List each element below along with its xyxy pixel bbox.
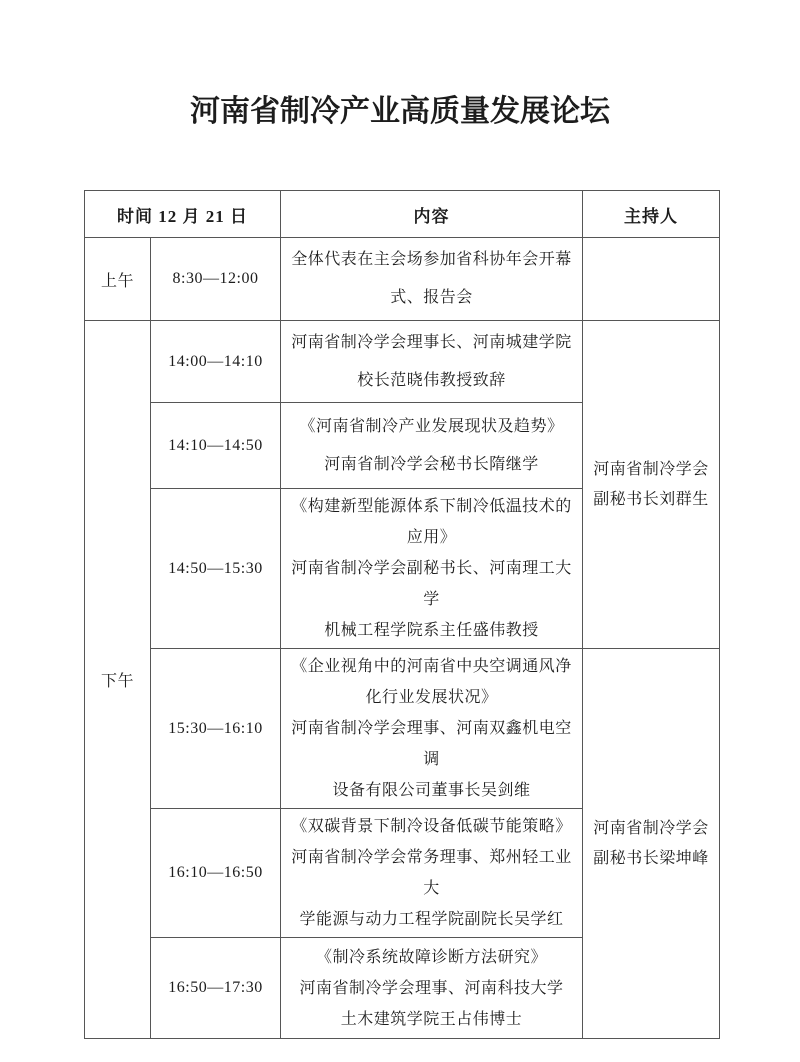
host-line: 副秘书长刘群生 <box>587 485 715 515</box>
host-cell-second: 河南省制冷学会 副秘书长梁坤峰 <box>583 649 720 1039</box>
content-line: 设备有限公司董事长吴剑维 <box>285 775 578 806</box>
content-cell: 河南省制冷学会理事长、河南城建学院 校长范晓伟教授致辞 <box>281 321 583 403</box>
content-line: 《双碳背景下制冷设备低碳节能策略》 <box>285 811 578 842</box>
content-line: 河南省制冷学会副秘书长、河南理工大学 <box>285 553 578 615</box>
content-line: 河南省制冷学会理事、河南科技大学 <box>285 973 578 1004</box>
content-cell: 《制冷系统故障诊断方法研究》 河南省制冷学会理事、河南科技大学 土木建筑学院王占… <box>281 938 583 1039</box>
host-line: 副秘书长梁坤峰 <box>587 844 715 874</box>
header-time-cell: 时间 12 月 21 日 <box>85 191 281 238</box>
content-line: 学能源与动力工程学院副院长吴学红 <box>285 904 578 935</box>
content-line: 土木建筑学院王占伟博士 <box>285 1004 578 1035</box>
content-line: 应用》 <box>285 522 578 553</box>
content-line: 《构建新型能源体系下制冷低温技术的 <box>285 491 578 522</box>
content-line: 河南省制冷学会常务理事、郑州轻工业大 <box>285 842 578 904</box>
content-line: 《河南省制冷产业发展现状及趋势》 <box>285 408 578 446</box>
time-cell: 14:00—14:10 <box>151 321 281 403</box>
content-cell: 《企业视角中的河南省中央空调通风净 化行业发展状况》 河南省制冷学会理事、河南双… <box>281 649 583 809</box>
time-cell: 16:50—17:30 <box>151 938 281 1039</box>
host-line: 河南省制冷学会 <box>587 455 715 485</box>
content-line: 河南省制冷学会秘书长隋继学 <box>285 446 578 484</box>
time-cell: 8:30—12:00 <box>151 238 281 321</box>
time-cell: 15:30—16:10 <box>151 649 281 809</box>
content-line: 化行业发展状况》 <box>285 682 578 713</box>
content-cell: 全体代表在主会场参加省科协年会开幕 式、报告会 <box>281 238 583 321</box>
table-header-row: 时间 12 月 21 日 内容 主持人 <box>85 191 720 238</box>
time-cell: 14:10—14:50 <box>151 403 281 489</box>
content-line: 《制冷系统故障诊断方法研究》 <box>285 942 578 973</box>
content-line: 校长范晓伟教授致辞 <box>285 362 578 400</box>
time-cell: 14:50—15:30 <box>151 489 281 649</box>
page-title: 河南省制冷产业高质量发展论坛 <box>0 94 800 130</box>
content-cell: 《双碳背景下制冷设备低碳节能策略》 河南省制冷学会常务理事、郑州轻工业大 学能源… <box>281 809 583 938</box>
content-line: 《企业视角中的河南省中央空调通风净 <box>285 651 578 682</box>
time-cell: 16:10—16:50 <box>151 809 281 938</box>
host-line: 河南省制冷学会 <box>587 814 715 844</box>
header-host-cell: 主持人 <box>583 191 720 238</box>
content-cell: 《构建新型能源体系下制冷低温技术的 应用》 河南省制冷学会副秘书长、河南理工大学… <box>281 489 583 649</box>
schedule-table: 时间 12 月 21 日 内容 主持人 上午 8:30—12:00 全体代表在主… <box>84 190 720 1039</box>
content-line: 机械工程学院系主任盛伟教授 <box>285 615 578 646</box>
period-cell-afternoon: 下午 <box>85 321 151 1039</box>
host-cell-first: 河南省制冷学会 副秘书长刘群生 <box>583 321 720 649</box>
table-row: 下午 14:00—14:10 河南省制冷学会理事长、河南城建学院 校长范晓伟教授… <box>85 321 720 403</box>
table-row-morning: 上午 8:30—12:00 全体代表在主会场参加省科协年会开幕 式、报告会 <box>85 238 720 321</box>
content-line: 全体代表在主会场参加省科协年会开幕 <box>285 241 578 279</box>
content-line: 河南省制冷学会理事、河南双鑫机电空调 <box>285 713 578 775</box>
host-cell-empty <box>583 238 720 321</box>
table-row: 15:30—16:10 《企业视角中的河南省中央空调通风净 化行业发展状况》 河… <box>85 649 720 809</box>
content-line: 河南省制冷学会理事长、河南城建学院 <box>285 324 578 362</box>
header-content-cell: 内容 <box>281 191 583 238</box>
content-cell: 《河南省制冷产业发展现状及趋势》 河南省制冷学会秘书长隋继学 <box>281 403 583 489</box>
period-cell-morning: 上午 <box>85 238 151 321</box>
content-line: 式、报告会 <box>285 279 578 317</box>
